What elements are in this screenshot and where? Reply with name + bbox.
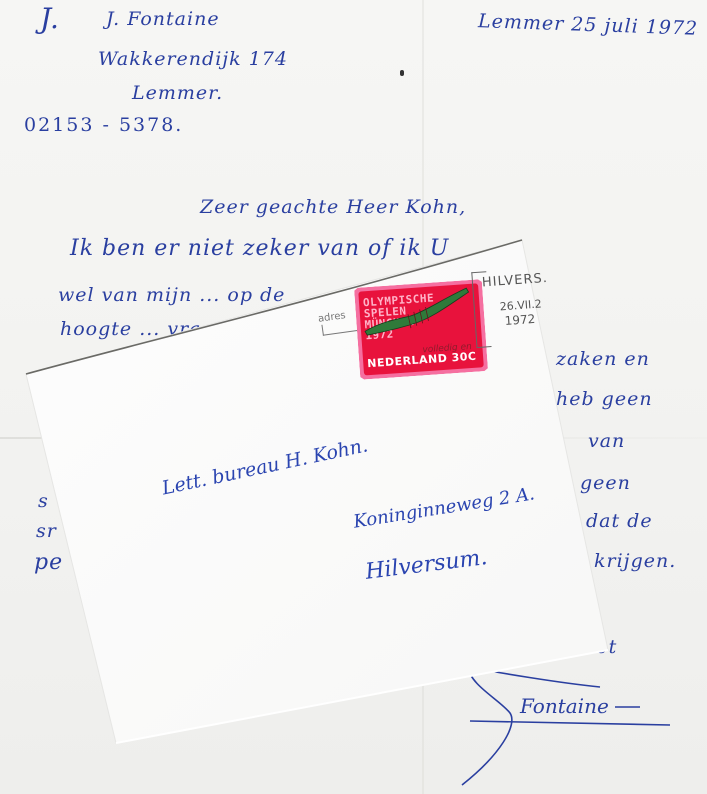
sender-initial: J. (40, 2, 60, 35)
body-line-8: dat de (586, 510, 653, 532)
svg-text:Fontaine: Fontaine (519, 694, 609, 718)
sender-name: J. Fontaine (106, 8, 220, 30)
body-line-5: heb geen (556, 388, 653, 410)
salutation: Zeer geachte Heer Kohn, (200, 196, 466, 218)
body-left-fragment-2: sr (36, 520, 57, 542)
letter-sheet: J. J. Fontaine Wakkerendijk 174 Lemmer. … (0, 0, 707, 794)
ink-dot (400, 70, 404, 76)
body-left-fragment-1: s (38, 490, 49, 512)
body-line-7: geen (580, 472, 631, 494)
sender-street: Wakkerendijk 174 (98, 48, 288, 70)
body-line-6: van (588, 430, 625, 452)
body-line-4: zaken en (556, 348, 650, 370)
sender-phone: 02153 - 5378. (24, 114, 183, 136)
body-line-1: Ik ben er niet zeker van of ik U (70, 236, 449, 261)
body-left-fragment-3: pe (34, 550, 63, 575)
body-line-2: wel van mijn ... op de (58, 284, 285, 306)
letter-fold-vertical (422, 0, 424, 794)
sender-city: Lemmer. (132, 82, 223, 104)
place-date: Lemmer 25 juli 1972 (478, 10, 699, 40)
body-line-3: hoogte ... vraag zou (60, 318, 271, 340)
signature: Fontaine (440, 655, 680, 794)
body-line-9: krijgen. (594, 550, 676, 572)
